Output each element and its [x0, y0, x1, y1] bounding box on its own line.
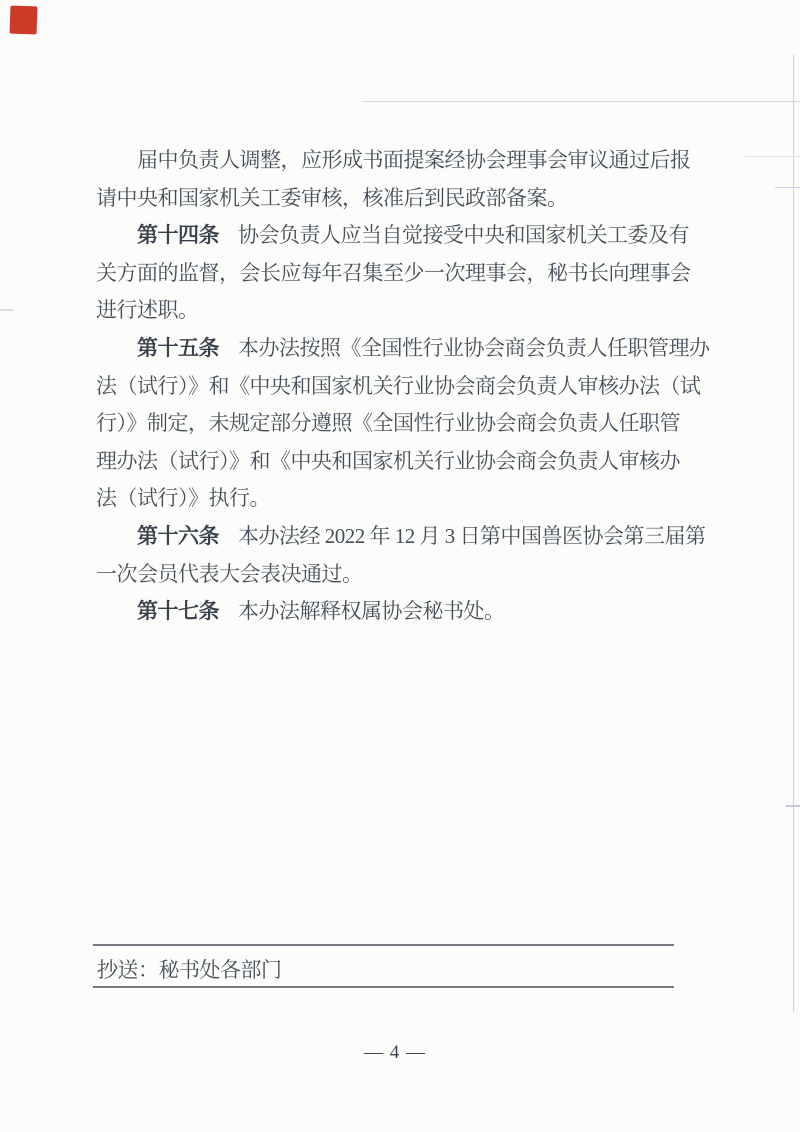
line-text: 进行述职。	[96, 298, 199, 322]
scan-artifact-line	[775, 187, 800, 188]
paragraph-line: 第十四条协会负责人应当自觉接受中央和国家机关工委及有	[96, 217, 736, 255]
scan-artifact-line	[0, 309, 13, 311]
line-text: 届中负责人调整，应形成书面提案经协会理事会审议通过后报	[137, 148, 691, 172]
scanned-document-page: 届中负责人调整，应形成书面提案经协会理事会审议通过后报 请中央和国家机关工委审核…	[0, 0, 800, 1132]
article-number: 第十四条	[137, 223, 219, 247]
line-text: 本办法按照《全国性行业协会商会负责人任职管理办	[238, 336, 710, 360]
paragraph-line: 法（试行）》和《中央和国家机关行业协会商会负责人审核办法（试	[96, 368, 736, 406]
line-text: 理办法（试行）》和《中央和国家机关行业协会商会负责人审核办	[96, 449, 680, 473]
scan-artifact-line	[793, 54, 794, 1012]
article-number: 第十六条	[137, 524, 219, 548]
copy-to-section: 抄送：秘书处各部门	[93, 944, 674, 988]
paragraph-line: 第十六条本办法经 2022 年 12 月 3 日第中国兽医协会第三届第	[96, 518, 736, 556]
red-corner-mark	[10, 6, 38, 35]
line-text: 请中央和国家机关工委审核，核准后到民政部备案。	[96, 186, 568, 210]
paragraph-line: 行）》制定，未规定部分遵照《全国性行业协会商会负责人任职管	[96, 405, 736, 443]
article-number: 第十五条	[137, 336, 219, 360]
page-number: — 4 —	[0, 1042, 790, 1064]
scan-artifact-line	[745, 156, 800, 157]
paragraph-line: 一次会员代表大会表决通过。	[96, 556, 736, 594]
line-text: 本办法解释权属协会秘书处。	[238, 599, 505, 623]
document-body: 届中负责人调整，应形成书面提案经协会理事会审议通过后报 请中央和国家机关工委审核…	[96, 142, 736, 631]
paragraph-line: 请中央和国家机关工委审核，核准后到民政部备案。	[96, 180, 736, 218]
paragraph-line: 理办法（试行）》和《中央和国家机关行业协会商会负责人审核办	[96, 443, 736, 481]
line-text: 一次会员代表大会表决通过。	[96, 562, 363, 586]
paragraph-line: 法（试行）》执行。	[96, 480, 736, 518]
paragraph-line: 进行述职。	[96, 292, 736, 330]
line-text: 关方面的监督，会长应每年召集至少一次理事会，秘书长向理事会	[96, 261, 691, 285]
paragraph-line: 届中负责人调整，应形成书面提案经协会理事会审议通过后报	[96, 142, 736, 180]
article-number: 第十七条	[137, 599, 219, 623]
line-text: 本办法经 2022 年 12 月 3 日第中国兽医协会第三届第	[238, 524, 706, 548]
paragraph-line: 关方面的监督，会长应每年召集至少一次理事会，秘书长向理事会	[96, 255, 736, 293]
paragraph-line: 第十七条本办法解释权属协会秘书处。	[96, 593, 736, 631]
paragraph-line: 第十五条本办法按照《全国性行业协会商会负责人任职管理办	[96, 330, 736, 368]
line-text: 行）》制定，未规定部分遵照《全国性行业协会商会负责人任职管	[96, 411, 680, 435]
line-text: 法（试行）》和《中央和国家机关行业协会商会负责人审核办法（试	[96, 374, 701, 398]
line-text: 法（试行）》执行。	[96, 486, 270, 510]
scan-artifact-line	[362, 101, 800, 102]
line-text: 协会负责人应当自觉接受中央和国家机关工委及有	[238, 223, 689, 247]
scan-artifact-line	[786, 805, 800, 807]
copy-to-label: 抄送：秘书处各部门	[93, 946, 674, 984]
